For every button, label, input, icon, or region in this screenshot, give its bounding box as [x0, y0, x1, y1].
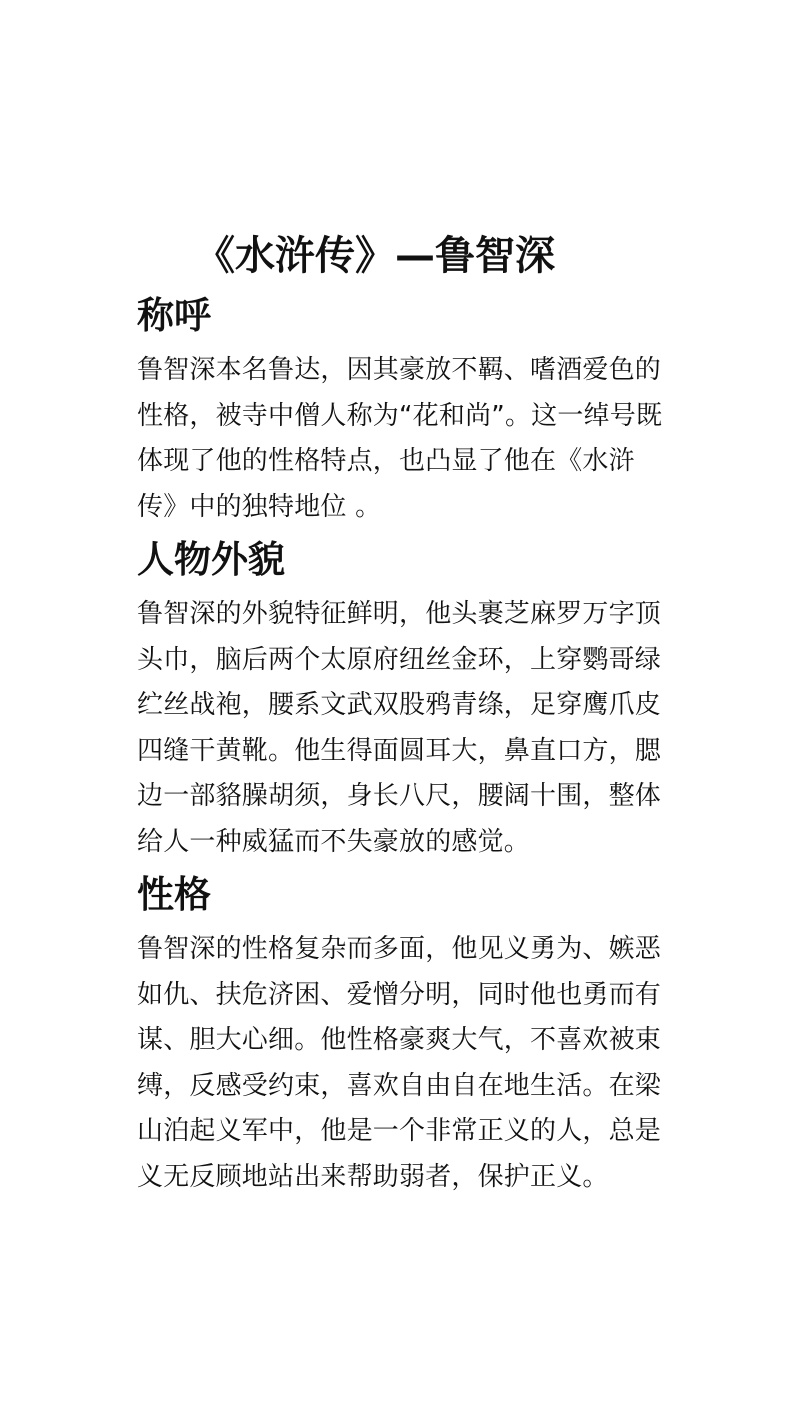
section-body: 鲁智深的性格复杂而多面，他见义勇为、嫉恶如仇、扶危济困、爱憎分明，同时他也勇而有… — [137, 927, 667, 1200]
page-title: 《水浒传》—鲁智深 — [137, 228, 667, 284]
section-heading: 性格 — [137, 869, 667, 921]
section-body: 鲁智深的外貌特征鲜明，他头裹芝麻罗万字顶头巾，脑后两个太原府纽丝金环，上穿鹦哥绿… — [137, 592, 667, 865]
section-appearance: 人物外貌 鲁智深的外貌特征鲜明，他头裹芝麻罗万字顶头巾，脑后两个太原府纽丝金环，… — [137, 534, 667, 865]
section-appellation: 称呼 鲁智深本名鲁达，因其豪放不羁、嗜酒爱色的性格，被寺中僧人称为“花和尚”。这… — [137, 290, 667, 530]
section-body: 鲁智深本名鲁达，因其豪放不羁、嗜酒爱色的性格，被寺中僧人称为“花和尚”。这一绰号… — [137, 348, 667, 530]
document-page: 《水浒传》—鲁智深 称呼 鲁智深本名鲁达，因其豪放不羁、嗜酒爱色的性格，被寺中僧… — [137, 228, 667, 1204]
section-personality: 性格 鲁智深的性格复杂而多面，他见义勇为、嫉恶如仇、扶危济困、爱憎分明，同时他也… — [137, 869, 667, 1200]
section-heading: 人物外貌 — [137, 534, 667, 586]
section-heading: 称呼 — [137, 290, 667, 342]
